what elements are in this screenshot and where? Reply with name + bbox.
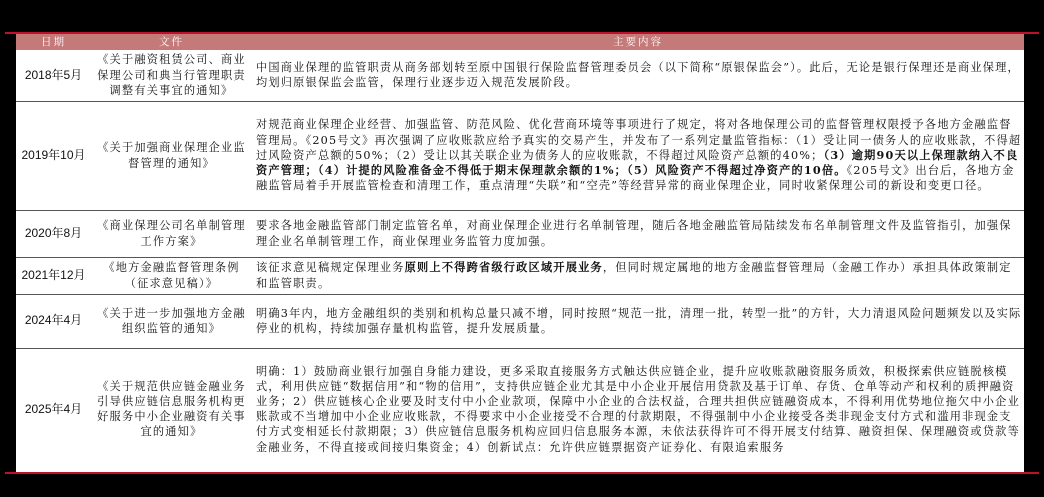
row-date: 2020年8月 xyxy=(16,210,91,257)
table-row: 2025年4月 《关于规范供应链金融业务引导供应链信息服务机构更好服务中小企业融… xyxy=(16,348,1024,470)
row-date: 2021年12月 xyxy=(16,257,91,294)
header-content: 主要内容 xyxy=(252,34,1024,50)
regulation-table: 日期 文件 主要内容 2018年5月 《关于融资租赁公司、商业保理公司和典当行管… xyxy=(16,34,1024,470)
content-text: 要求各地金融监管部门制定监管名单，对商业保理企业进行名单制管理，随后各地金融监管… xyxy=(256,219,1012,247)
row-content: 对规范商业保理企业经营、加强监管、防范风险、优化营商环境等事项进行了规定，将对各… xyxy=(252,101,1024,210)
row-date: 2018年5月 xyxy=(16,50,91,101)
row-content: 明确3年内，地方金融组织的类别和机构总量只减不增，同时按照“规范一批，清理一批，… xyxy=(252,294,1024,348)
header-document: 文件 xyxy=(91,34,252,50)
header-date: 日期 xyxy=(16,34,91,50)
row-document: 《地方金融监督管理条例（征求意见稿）》 xyxy=(91,257,252,294)
row-content: 明确：1）鼓励商业银行加强自身能力建设，更多采取直接服务方式触达供应链企业，提升… xyxy=(252,348,1024,470)
content-text: 中国商业保理的监管职责从商务部划转至原中国银行保险监督管理委员会（以下简称“原银… xyxy=(256,61,1020,89)
row-content: 该征求意见稿规定保理业务原则上不得跨省级行政区域开展业务，但同时规定属地的地方金… xyxy=(252,257,1024,294)
table-header-row: 日期 文件 主要内容 xyxy=(16,34,1024,50)
row-content: 要求各地金融监管部门制定监管名单，对商业保理企业进行名单制管理，随后各地金融监管… xyxy=(252,210,1024,257)
content-text: 明确3年内，地方金融组织的类别和机构总量只减不增，同时按照“规范一批，清理一批，… xyxy=(256,307,1021,335)
table-row: 2024年4月 《关于进一步加强地方金融组织监管的通知》 明确3年内，地方金融组… xyxy=(16,294,1024,348)
row-date: 2024年4月 xyxy=(16,294,91,348)
content-text: 该征求意见稿规定保理业务 xyxy=(256,261,405,274)
row-document: 《关于加强商业保理企业监督管理的通知》 xyxy=(91,101,252,210)
table-row: 2021年12月 《地方金融监督管理条例（征求意见稿）》 该征求意见稿规定保理业… xyxy=(16,257,1024,294)
row-document: 《商业保理公司名单制管理工作方案》 xyxy=(91,210,252,257)
content-text: 明确：1）鼓励商业银行加强自身能力建设，更多采取直接服务方式触达供应链企业，提升… xyxy=(256,365,1020,454)
table-row: 2018年5月 《关于融资租赁公司、商业保理公司和典当行管理职责调整有关事宜的通… xyxy=(16,50,1024,101)
row-document: 《关于规范供应链金融业务引导供应链信息服务机构更好服务中小企业融资有关事宜的通知… xyxy=(91,348,252,470)
table-row: 2019年10月 《关于加强商业保理企业监督管理的通知》 对规范商业保理企业经营… xyxy=(16,101,1024,210)
bottom-accent-line xyxy=(5,472,1039,474)
row-document: 《关于融资租赁公司、商业保理公司和典当行管理职责调整有关事宜的通知》 xyxy=(91,50,252,101)
regulation-table-sheet: 日期 文件 主要内容 2018年5月 《关于融资租赁公司、商业保理公司和典当行管… xyxy=(16,34,1024,472)
content-text-bold: 原则上不得跨省级行政区域开展业务 xyxy=(405,260,603,274)
row-document: 《关于进一步加强地方金融组织监管的通知》 xyxy=(91,294,252,348)
row-content: 中国商业保理的监管职责从商务部划转至原中国银行保险监督管理委员会（以下简称“原银… xyxy=(252,50,1024,101)
row-date: 2025年4月 xyxy=(16,348,91,470)
row-date: 2019年10月 xyxy=(16,101,91,210)
table-row: 2020年8月 《商业保理公司名单制管理工作方案》 要求各地金融监管部门制定监管… xyxy=(16,210,1024,257)
